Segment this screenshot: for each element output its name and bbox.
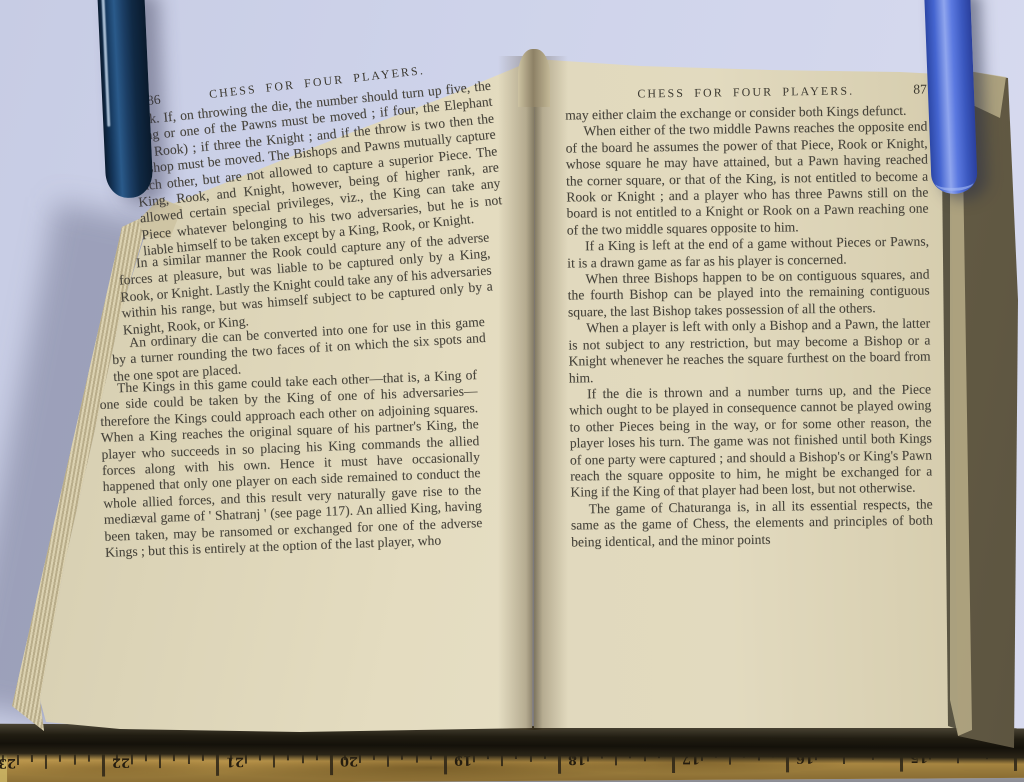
spine-top-fold: [518, 49, 550, 107]
blue-pen-cap: [924, 0, 978, 195]
left-page-text: 86 CHESS FOR FOUR PLAYERS. back. If, on …: [102, 74, 494, 554]
paragraph: If the die is thrown and a number turns …: [569, 381, 933, 501]
dark-blue-pen: [97, 0, 154, 199]
book-bottom-shadow: [0, 724, 1024, 765]
running-header: CHESS FOR FOUR PLAYERS.: [607, 83, 885, 102]
left-page-paragraphs: back. If, on throwing the die, the numbe…: [102, 95, 494, 554]
paragraph: When three Bishops happen to be on conti…: [567, 267, 930, 321]
header-spacer: [446, 67, 488, 72]
paragraph: The game of Chaturanga is, in all its es…: [571, 496, 934, 550]
paragraph: When a player is left with only a Bishop…: [568, 316, 931, 387]
paragraph: When either of the two middle Pawns reac…: [565, 119, 929, 239]
photo-of-open-book: 23222120191817161514 86 CHESS FOR FOUR P…: [0, 0, 1024, 782]
paragraph: The Kings in this game could take each o…: [99, 367, 483, 561]
right-page-paragraphs: may either claim the exchange or conside…: [565, 102, 933, 550]
page-number: 87: [885, 81, 927, 98]
header-spacer: [565, 98, 607, 99]
paragraph: If a King is left at the end of a game w…: [567, 234, 929, 272]
right-page-text: CHESS FOR FOUR PLAYERS. 87 may either cl…: [565, 81, 933, 550]
